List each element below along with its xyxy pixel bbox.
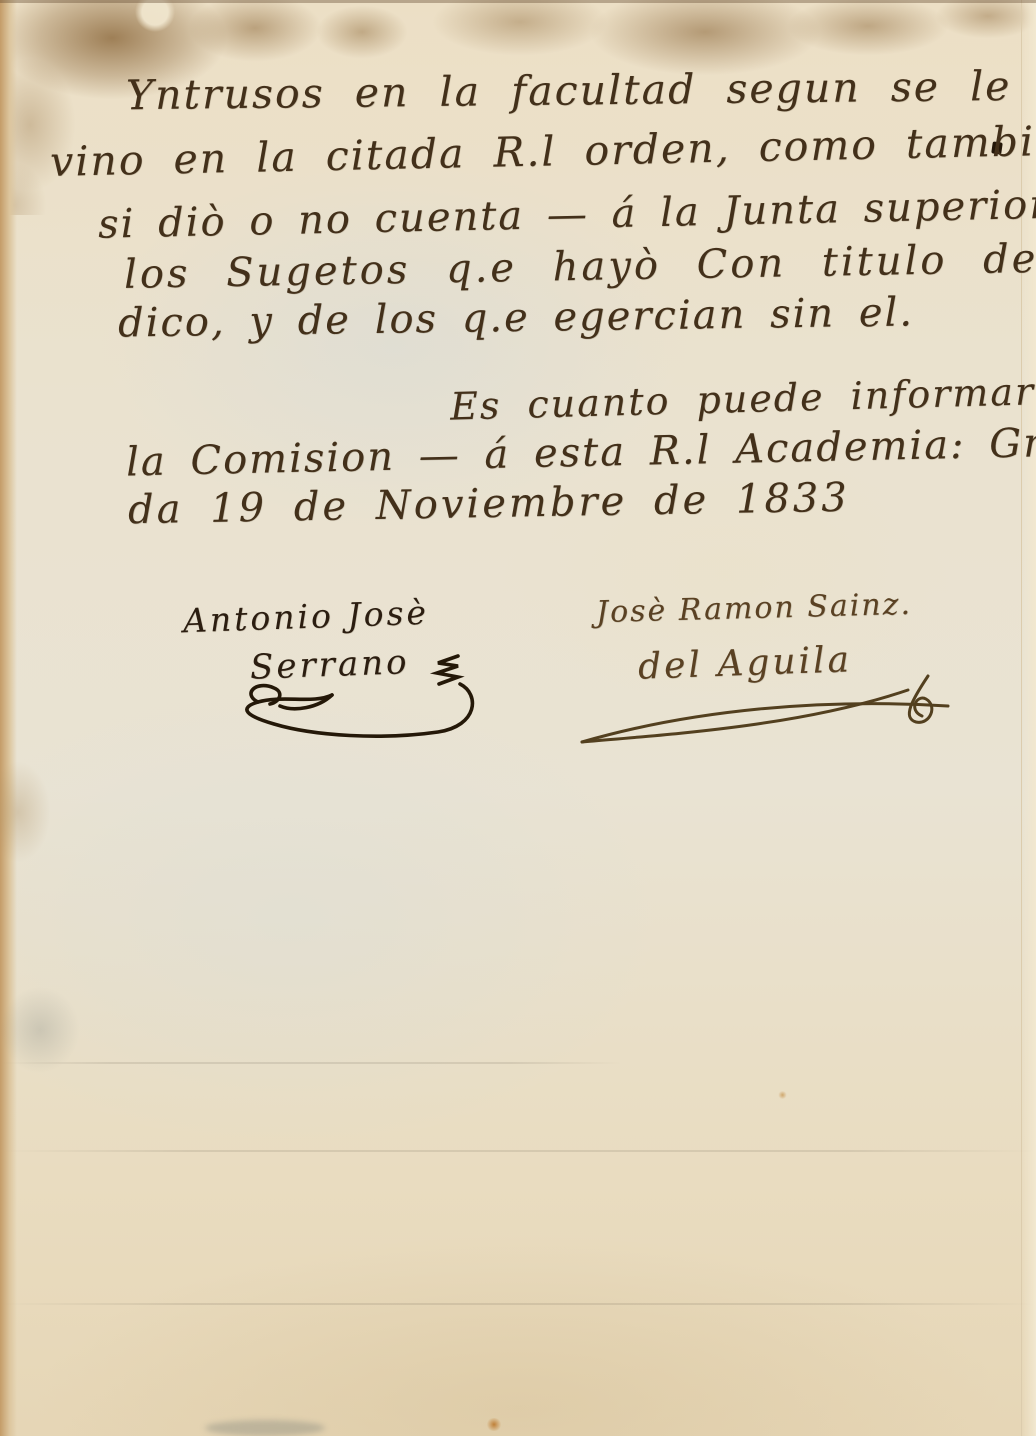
smudge-left-gray bbox=[0, 968, 110, 1098]
signature-left-name-line2: Serrano bbox=[249, 642, 410, 688]
smudge-bottom-gray bbox=[205, 1420, 325, 1436]
manuscript-page: Yntrusos en la facultad segun se le pre … bbox=[0, 0, 1036, 1436]
stain-speck-bottom bbox=[486, 1418, 502, 1431]
stain-speck-middle bbox=[778, 1091, 787, 1099]
fold-line-2 bbox=[0, 1150, 1036, 1152]
manuscript-line-2: vino en la citada R.l orden, como tambie… bbox=[50, 116, 1036, 186]
closing-line-3-date: da 19 de Noviembre de 1833 bbox=[128, 475, 850, 534]
page-top-edge bbox=[0, 0, 1036, 3]
closing-line-2: la Comision — á esta R.l Academia: Grana bbox=[126, 419, 1036, 486]
manuscript-line-5: dico, y de los q.e egercian sin el. bbox=[118, 289, 915, 346]
signature-right-name-line1: Josè Ramon Sainz. bbox=[596, 587, 913, 630]
manuscript-line-1: Yntrusos en la facultad segun se le pre bbox=[126, 61, 1036, 119]
fold-line-3 bbox=[0, 1303, 1036, 1305]
signature-left-name-line1: Antonio Josè bbox=[182, 593, 429, 641]
signature-right-name-line2: del Aguila bbox=[637, 639, 852, 687]
closing-line-1: Es cuanto puede informar bbox=[450, 369, 1036, 428]
stain-left-margin bbox=[0, 742, 80, 892]
page-left-edge bbox=[0, 0, 17, 1436]
